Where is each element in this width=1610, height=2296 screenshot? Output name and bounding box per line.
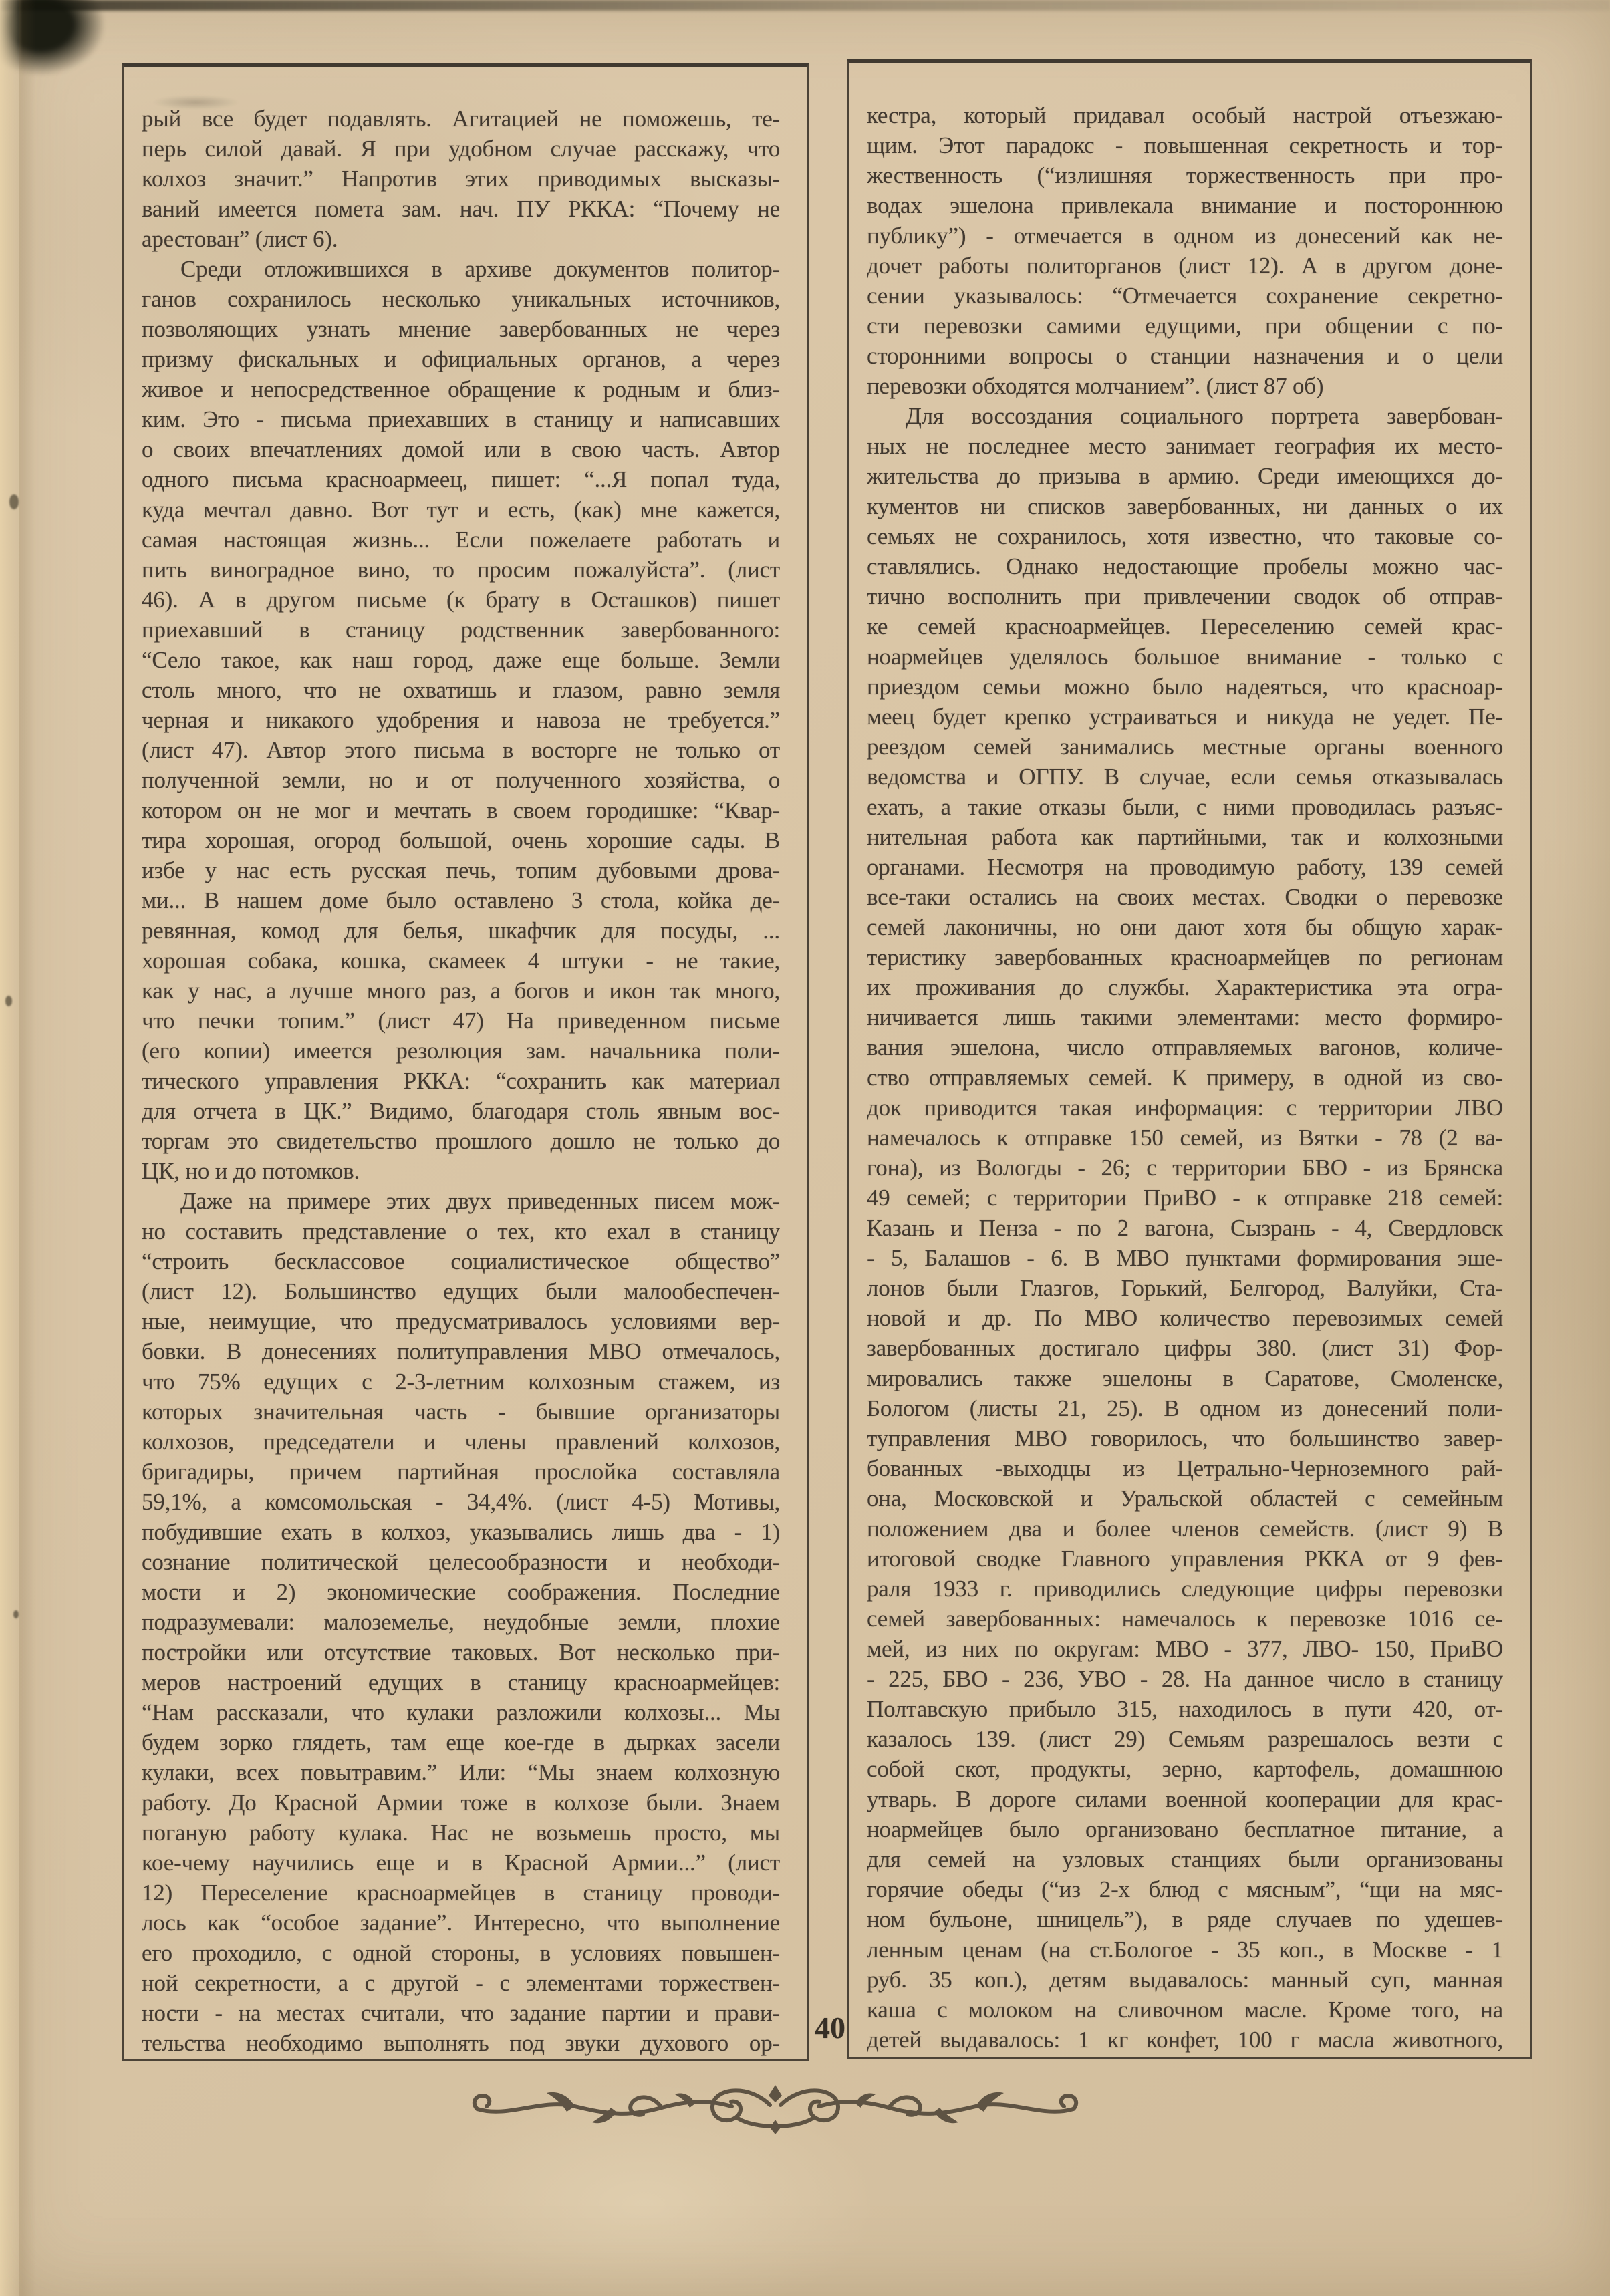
text-line: 12) Переселение красноармейцев в станицу… xyxy=(142,1878,780,1908)
text-line: органами. Несмотря на проводимую работу,… xyxy=(867,852,1503,882)
text-line: “строить бесклассовое социалистическое о… xyxy=(142,1246,780,1276)
text-line: о своих впечатлениях домой или в свою ча… xyxy=(142,434,780,464)
text-line: сознание политической целесообразности и… xyxy=(142,1547,780,1577)
text-line: ревянная, комод для белья, шкафчик для п… xyxy=(142,915,780,946)
text-line: жительства до призыва в армию. Среди име… xyxy=(867,461,1503,491)
text-line: арестован” (лист 6). xyxy=(142,224,780,254)
scanned-page: рый все будет подавлять. Агитацией не по… xyxy=(0,0,1610,2296)
text-line: жественность (“излишняя торжественность … xyxy=(867,160,1503,190)
text-line: самая настоящая жизнь... Если пожелаете … xyxy=(142,525,780,555)
text-line: ноармейцев было организовано бесплатное … xyxy=(867,1814,1503,1844)
text-line: 49 семей; с территории ПриВО - к отправк… xyxy=(867,1183,1503,1213)
text-line: Бологом (листы 21, 25). В одном из донес… xyxy=(867,1393,1503,1423)
text-line: итоговой сводке Главного управления РККА… xyxy=(867,1544,1503,1574)
text-line: кументов ни списков завербованных, ни да… xyxy=(867,491,1503,521)
text-line: бригадиры, причем партийная прослойка со… xyxy=(142,1457,780,1487)
text-line: тира хорошая, огород большой, очень хоро… xyxy=(142,825,780,855)
text-line: кулаки, всех повытравим.” Или: “Мы знаем… xyxy=(142,1757,780,1787)
text-line: ганов сохранилось несколько уникальных и… xyxy=(142,284,780,314)
text-line: все-таки остались на своих местах. Сводк… xyxy=(867,882,1503,912)
text-line: живое и непосредственное обращение к род… xyxy=(142,374,780,404)
scan-speck xyxy=(13,1610,19,1618)
text-line: ставлялись. Однако недостающие пробелы м… xyxy=(867,551,1503,581)
text-line: его проходило, с одной стороны, в услови… xyxy=(142,1938,780,1968)
text-line: но составить представление о тех, кто ех… xyxy=(142,1216,780,1246)
text-line: подразумевали: малоземелье, неудобные зе… xyxy=(142,1607,780,1637)
text-line: для семей на узловых станциях были орган… xyxy=(867,1844,1503,1874)
text-line: теристику завербованных красноармейцев п… xyxy=(867,942,1503,972)
text-line: будем зорко глядеть, там еще кое-где в д… xyxy=(142,1727,780,1757)
scan-speck xyxy=(9,494,19,509)
ornament-divider xyxy=(468,2079,1083,2136)
text-line: колхозов, председатели и члены правлений… xyxy=(142,1427,780,1457)
text-line: рый все будет подавлять. Агитацией не по… xyxy=(142,104,780,134)
text-line: руб. 35 коп.), детям выдавалось: манный … xyxy=(867,1965,1503,1995)
text-line: ной секретности, а с другой - с элемента… xyxy=(142,1968,780,1998)
text-line: сторонними вопросы о станции назначения … xyxy=(867,341,1503,371)
text-line: одного письма красноармеец, пишет: “...Я… xyxy=(142,464,780,494)
text-line: щим. Этот парадокс - повышенная секретно… xyxy=(867,130,1503,160)
text-line: собой скот, продукты, зерно, картофель, … xyxy=(867,1754,1503,1784)
right-text-frame: кестра, который придавал особый настрой … xyxy=(847,59,1532,2059)
text-line: их проживания до службы. Характеристика … xyxy=(867,972,1503,1002)
text-line: черная и никакого удобрения и навоза не … xyxy=(142,705,780,735)
text-line: ных не последнее место занимает географи… xyxy=(867,431,1503,461)
text-line: кестра, который придавал особый настрой … xyxy=(867,100,1503,130)
text-line: вания эшелона, число отправляемых вагоно… xyxy=(867,1032,1503,1062)
text-line: мировались также эшелоны в Саратове, Смо… xyxy=(867,1363,1503,1393)
text-line: меец будет крепко устраиваться и никуда … xyxy=(867,702,1503,732)
text-line: сти перевозки самими едущими, при общени… xyxy=(867,311,1503,341)
text-line: завербованных достигало цифры 380. (лист… xyxy=(867,1333,1503,1363)
text-line: (лист 47). Автор этого письма в восторге… xyxy=(142,735,780,765)
text-line: новой и др. По МВО количество перевозимы… xyxy=(867,1303,1503,1333)
text-line: приехавший в станицу родственник завербо… xyxy=(142,615,780,645)
text-line: Среди отложившихся в архиве документов п… xyxy=(142,254,780,284)
text-line: семей завербованных: намечалось к перево… xyxy=(867,1604,1503,1634)
text-line: Для воссоздания социального портрета зав… xyxy=(867,401,1503,431)
text-line: намечалось к отправке 150 семей, из Вятк… xyxy=(867,1123,1503,1153)
text-line: “Село такое, как наш город, даже еще бол… xyxy=(142,645,780,675)
text-line: сении указывалось: “Отмечается сохранени… xyxy=(867,281,1503,311)
text-line: она, Московской и Уральской областей с с… xyxy=(867,1483,1503,1514)
text-line: ности - на местах считали, что задание п… xyxy=(142,1998,780,2028)
text-line: как у нас, а лучше много раз, а богов и … xyxy=(142,976,780,1006)
text-line: ные, неимущие, что предусматривалось усл… xyxy=(142,1306,780,1336)
text-line: гона), из Вологды - 26; с территории БВО… xyxy=(867,1153,1503,1183)
text-line: постройки или отсутствие таковых. Вот не… xyxy=(142,1637,780,1667)
text-line: (лист 12). Большинство едущих были малоо… xyxy=(142,1276,780,1306)
text-line: раля 1933 г. приводились следующие цифры… xyxy=(867,1574,1503,1604)
text-line: каша с молоком на сливочном масле. Кроме… xyxy=(867,1995,1503,2025)
text-line: что 75% едущих с 2-3-летним колхозным ст… xyxy=(142,1367,780,1397)
text-line: ким. Это - письма приехавших в станицу и… xyxy=(142,404,780,434)
text-line: ноармейцев уделялось большое внимание - … xyxy=(867,641,1503,672)
flourish-icon xyxy=(468,2079,1083,2136)
text-line: туправления МВО говорилось, что большинс… xyxy=(867,1423,1503,1453)
text-line: куда мечтал давно. Вот тут и есть, (как)… xyxy=(142,494,780,525)
text-line: полученной земли, но и от полученного хо… xyxy=(142,765,780,795)
text-line: - 5, Балашов - 6. В МВО пунктами формиро… xyxy=(867,1243,1503,1273)
text-line: тельства необходимо выполнять под звуки … xyxy=(142,2028,780,2058)
text-line: ми... В нашем доме было оставлено 3 стол… xyxy=(142,885,780,915)
scan-left-edge-shade xyxy=(19,0,36,2296)
text-line: поганую работу кулака. Нас не возьмешь п… xyxy=(142,1818,780,1848)
text-line: столь много, что не охватишь и глазом, р… xyxy=(142,675,780,705)
text-line: семьях не сохранилось, хотя известно, чт… xyxy=(867,521,1503,551)
text-line: призму фискальных и официальных органов,… xyxy=(142,344,780,374)
text-line: утварь. В дороге силами военной кооперац… xyxy=(867,1784,1503,1814)
scan-speck xyxy=(5,996,12,1006)
text-line: которых значительная часть - бывшие орга… xyxy=(142,1397,780,1427)
text-line: семей лаконичны, но они дают хотя бы общ… xyxy=(867,912,1503,942)
text-line: 46). А в другом письме (к брату в Осташк… xyxy=(142,585,780,615)
text-line: колхоз значит.” Напротив этих приводимых… xyxy=(142,164,780,194)
text-line: кое-чему научились еще и в Красной Армии… xyxy=(142,1848,780,1878)
text-line: - 225, БВО - 236, УВО - 28. На данное чи… xyxy=(867,1664,1503,1694)
page-number: 40 xyxy=(806,2010,854,2045)
text-line: торгам это свидетельство прошлого дошло … xyxy=(142,1126,780,1156)
text-line: ехать, а такие отказы были, с ними прово… xyxy=(867,792,1503,822)
text-line: мей, из них по округам: МВО - 377, ЛВО- … xyxy=(867,1634,1503,1664)
text-line: дочет работы политорганов (лист 12). А в… xyxy=(867,251,1503,281)
text-line: ничивается лишь такими элементами: место… xyxy=(867,1002,1503,1032)
text-line: лось как “особое задание”. Интересно, чт… xyxy=(142,1908,780,1938)
text-line: позволяющих узнать мнение завербованных … xyxy=(142,314,780,344)
text-line: реездом семей занимались местные органы … xyxy=(867,732,1503,762)
text-line: перевозки обходятся молчанием”. (лист 87… xyxy=(867,371,1503,401)
text-line: Казань и Пенза - по 2 вагона, Сызрань - … xyxy=(867,1213,1503,1243)
text-line: ваний имеется помета зам. нач. ПУ РККА: … xyxy=(142,194,780,224)
text-line: Даже на примере этих двух приведенных пи… xyxy=(142,1186,780,1216)
text-line: ленным ценам (на ст.Бологое - 35 коп., в… xyxy=(867,1934,1503,1965)
text-line: перь силой давай. Я при удобном случае р… xyxy=(142,134,780,164)
text-line: (его копии) имеется резолюция зам. начал… xyxy=(142,1036,780,1066)
text-line: док приводится такая информация: с терри… xyxy=(867,1093,1503,1123)
text-line: детей выдавалось: 1 кг конфет, 100 г мас… xyxy=(867,2025,1503,2055)
text-line: что печки топим.” (лист 47) На приведенн… xyxy=(142,1006,780,1036)
text-line: лонов были Глазгов, Горький, Белгород, В… xyxy=(867,1273,1503,1303)
text-line: нительная работа как партийными, так и к… xyxy=(867,822,1503,852)
text-line: публику”) - отмечается в одном из донесе… xyxy=(867,221,1503,251)
scan-top-edge-shadow xyxy=(0,0,1610,11)
text-line: тично восполнить при привлечении сводок … xyxy=(867,581,1503,611)
text-line: ведомства и ОГПУ. В случае, если семья о… xyxy=(867,762,1503,792)
text-line: положением два и более членов семейств. … xyxy=(867,1514,1503,1544)
text-line: тического управления РККА: “сохранить ка… xyxy=(142,1066,780,1096)
text-line: бовки. В донесениях политуправления МВО … xyxy=(142,1336,780,1367)
text-line: котором он не мог и мечтать в своем горо… xyxy=(142,795,780,825)
text-line: мости и 2) экономические соображения. По… xyxy=(142,1577,780,1607)
text-line: побудившие ехать в колхоз, указывались л… xyxy=(142,1517,780,1547)
text-line: горячие обеды (“из 2-х блюд с мясным”, “… xyxy=(867,1874,1503,1904)
text-line: работу. До Красной Армии тоже в колхозе … xyxy=(142,1787,780,1818)
text-line: ном бульоне, шницель”), в ряде случаев п… xyxy=(867,1904,1503,1934)
text-line: приездом семьи можно было надеяться, что… xyxy=(867,672,1503,702)
text-line: бованных -выходцы из Цетрально-Черноземн… xyxy=(867,1453,1503,1483)
text-line: ЦК, но и до потомков. xyxy=(142,1156,780,1186)
text-line: меров настроений едущих в станицу красно… xyxy=(142,1667,780,1697)
text-line: ке семей красноармейцев. Переселению сем… xyxy=(867,611,1503,641)
text-line: избе у нас есть русская печь, топим дубо… xyxy=(142,855,780,885)
text-line: “Нам рассказали, что кулаки разложили ко… xyxy=(142,1697,780,1727)
text-line: водах эшелона привлекала внимание и пост… xyxy=(867,190,1503,221)
text-line: казалось 139. (лист 29) Семьям разрешало… xyxy=(867,1724,1503,1754)
left-text-frame: рый все будет подавлять. Агитацией не по… xyxy=(122,63,809,2061)
text-line: ство отправляемых семей. К примеру, в од… xyxy=(867,1062,1503,1093)
text-line: для отчета в ЦК.” Видимо, благодаря стол… xyxy=(142,1096,780,1126)
text-line: 59,1%, а комсомольская - 34,4%. (лист 4-… xyxy=(142,1487,780,1517)
text-line: Полтавскую прибыло 315, находилось в пут… xyxy=(867,1694,1503,1724)
text-line: хорошая собака, кошка, скамеек 4 штуки -… xyxy=(142,946,780,976)
text-line: пить виноградное вино, то просим пожалуй… xyxy=(142,555,780,585)
